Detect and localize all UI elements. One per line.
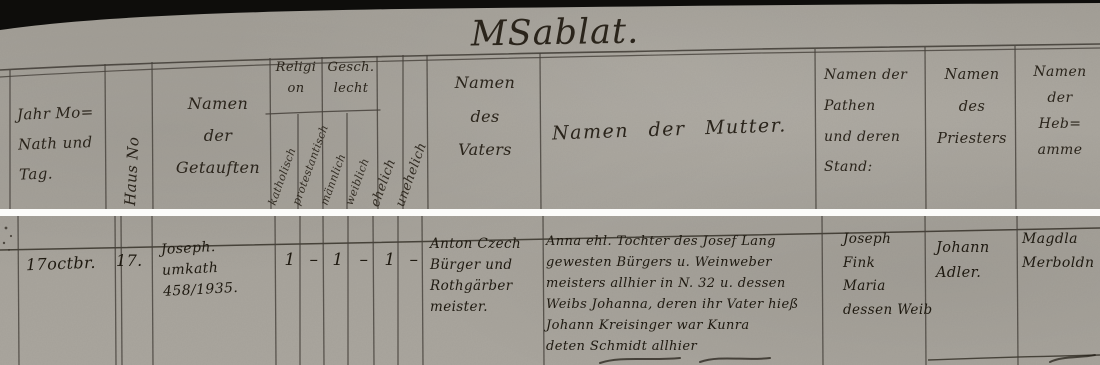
record-mark-protestant: – (306, 245, 322, 276)
record-father: Anton Czech Bürger und Rothgärber meiste… (430, 234, 548, 318)
record-date: 17octbr. (26, 249, 97, 280)
record-mark-female: – (356, 245, 372, 276)
record-mark-illegitimate: – (406, 245, 422, 276)
header-religion-label: Religi on (272, 58, 320, 100)
register-page-scan: MSablat. Jahr Mo= Nath und Tag. Haus No … (0, 0, 1100, 365)
header-sex-label: Gesch. lecht (326, 58, 376, 100)
record-house-no: 17. (116, 247, 143, 276)
record-mark-catholic: 1 (282, 245, 298, 276)
record-mother: Anna ehl. Tochter des Josef Lang geweste… (546, 231, 856, 357)
header-date-label: Jahr Mo= Nath und Tag. (16, 96, 111, 189)
record-mark-male: 1 (330, 245, 346, 276)
record-godparents: Joseph Fink Maria dessen Weib (843, 228, 938, 323)
header-baptized-label: Namen der Getauften (168, 88, 268, 184)
header-midwife-label: Namen der Heb= amme (1024, 60, 1096, 164)
header-house-no-label: Haus No (117, 136, 148, 206)
record-mark-legitimate: 1 (382, 245, 398, 276)
scan-separator (0, 209, 1100, 216)
header-father-label: Namen des Vaters (432, 66, 538, 167)
record-midwife: Magdla Merboldn (1022, 228, 1100, 276)
header-godparents-label: Namen der Pathen und deren Stand: (824, 60, 922, 183)
header-priest-label: Namen des Priesters (930, 60, 1014, 156)
record-baptized-name: Joseph. umkath 458/1935. (160, 234, 273, 303)
page-title: MSablat. (414, 0, 695, 67)
record-priest: Johann Adler. (936, 236, 1016, 285)
